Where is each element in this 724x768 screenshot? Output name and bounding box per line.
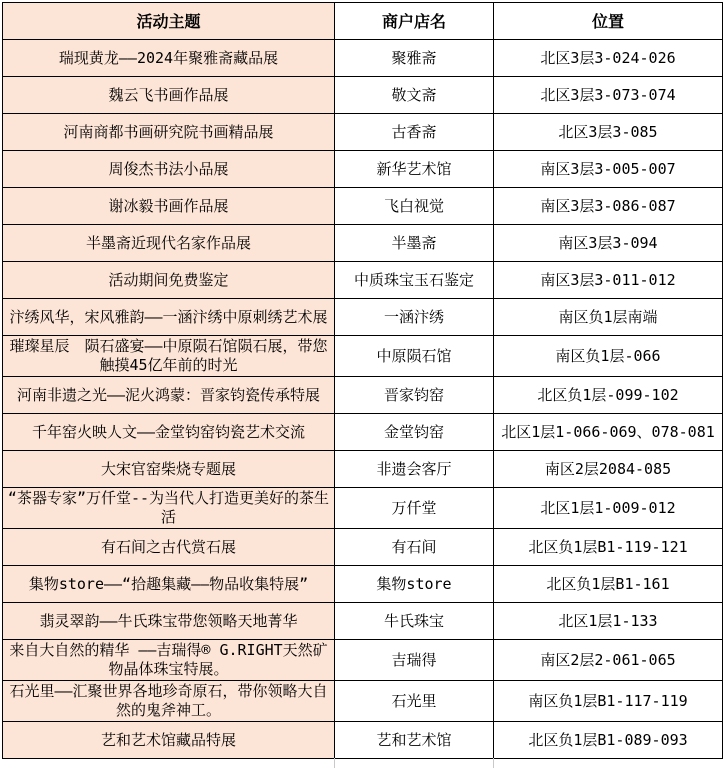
- cell-store: 飞白视觉: [335, 188, 494, 225]
- cell-location: 北区负1层B1-089-093: [494, 722, 723, 759]
- table-row: 瑞现黄龙——2024年聚雅斋藏品展 聚雅斋 北区3层3-024-026: [3, 40, 723, 77]
- table-row: “茶器专家”万仟堂--为当代人打造更美好的茶生活 万仟堂 北区1层1-009-0…: [3, 488, 723, 529]
- table-header: 活动主题 商户店名 位置: [3, 3, 723, 40]
- cell-location: 北区1层1-009-012: [494, 488, 723, 529]
- table-row: 半墨斋近现代名家作品展 半墨斋 南区3层3-094: [3, 225, 723, 262]
- cell-location: 南区2层2-061-065: [494, 640, 723, 681]
- cell-location: 南区3层3-005-007: [494, 151, 723, 188]
- header-cell-location: 位置: [494, 3, 723, 40]
- cell-store: 敬文斋: [335, 77, 494, 114]
- cell-store: 吉瑞得: [335, 640, 494, 681]
- cell-theme: 石光里——汇聚世界各地珍奇原石，带你领略大自然的鬼斧神工。: [3, 681, 335, 722]
- table-row: 谢冰毅书画作品展 飞白视觉 南区3层3-086-087: [3, 188, 723, 225]
- cell-store: 新华艺术馆: [335, 151, 494, 188]
- cell-store: 一涵汴绣: [335, 299, 494, 336]
- table-row: 璀璨星辰 陨石盛宴——中原陨石馆陨石展，带您触摸45亿年前的时光 中原陨石馆 南…: [3, 336, 723, 377]
- cell-store: 集物store: [335, 566, 494, 603]
- cell-location: 北区负1层B1-119-121: [494, 529, 723, 566]
- table-row: 集物store——“拾趣集藏——物品收集特展” 集物store 北区负1层B1-…: [3, 566, 723, 603]
- cell-theme: 翡灵翠韵——牛氏珠宝带您领略天地菁华: [3, 603, 335, 640]
- cell-location: 南区3层3-086-087: [494, 188, 723, 225]
- cell-theme: 汴绣风华，宋风雅韵——一涵汴绣中原刺绣艺术展: [3, 299, 335, 336]
- cell-store: 有石间: [335, 529, 494, 566]
- table-row: 艺和艺术馆藏品特展 艺和艺术馆 北区负1层B1-089-093: [3, 722, 723, 759]
- cell-location: 北区3层3-085: [494, 114, 723, 151]
- cell-location: 北区负1层-099-102: [494, 377, 723, 414]
- cell-store: 万仟堂: [335, 488, 494, 529]
- cell-store: 金堂钧窑: [335, 414, 494, 451]
- header-cell-store: 商户店名: [335, 3, 494, 40]
- cell-theme: 集物store——“拾趣集藏——物品收集特展”: [3, 566, 335, 603]
- cell-theme: 大宋官窑柴烧专题展: [3, 451, 335, 488]
- cell-theme: 半墨斋近现代名家作品展: [3, 225, 335, 262]
- header-row: 活动主题 商户店名 位置: [3, 3, 723, 40]
- gridline-stub: [334, 758, 335, 768]
- cell-theme: 周俊杰书法小品展: [3, 151, 335, 188]
- cell-store: 中质珠宝玉石鉴定: [335, 262, 494, 299]
- cell-location: 北区3层3-024-026: [494, 40, 723, 77]
- table-row: 石光里——汇聚世界各地珍奇原石，带你领略大自然的鬼斧神工。 石光里 南区负1层B…: [3, 681, 723, 722]
- cell-theme: 艺和艺术馆藏品特展: [3, 722, 335, 759]
- cell-store: 非遗会客厅: [335, 451, 494, 488]
- cell-theme: 有石间之古代赏石展: [3, 529, 335, 566]
- table-row: 翡灵翠韵——牛氏珠宝带您领略天地菁华 牛氏珠宝 北区1层1-133: [3, 603, 723, 640]
- cell-store: 中原陨石馆: [335, 336, 494, 377]
- cell-location: 北区负1层B1-161: [494, 566, 723, 603]
- table-row: 有石间之古代赏石展 有石间 北区负1层B1-119-121: [3, 529, 723, 566]
- header-cell-theme: 活动主题: [3, 3, 335, 40]
- cell-theme: 谢冰毅书画作品展: [3, 188, 335, 225]
- cell-location: 北区3层3-073-074: [494, 77, 723, 114]
- table-row: 河南商都书画研究院书画精品展 古香斋 北区3层3-085: [3, 114, 723, 151]
- cell-theme: 璀璨星辰 陨石盛宴——中原陨石馆陨石展，带您触摸45亿年前的时光: [3, 336, 335, 377]
- cell-location: 南区2层2084-085: [494, 451, 723, 488]
- cell-theme: 河南商都书画研究院书画精品展: [3, 114, 335, 151]
- cell-store: 半墨斋: [335, 225, 494, 262]
- page: 活动主题 商户店名 位置 瑞现黄龙——2024年聚雅斋藏品展 聚雅斋 北区3层3…: [0, 0, 724, 768]
- table-row: 周俊杰书法小品展 新华艺术馆 南区3层3-005-007: [3, 151, 723, 188]
- table-row: 千年窑火映人文——金堂钧窑钧瓷艺术交流 金堂钧窑 北区1层1-066-069、0…: [3, 414, 723, 451]
- table-row: 河南非遗之光——泥火鸿蒙：晋家钧瓷传承特展 晋家钧窑 北区负1层-099-102: [3, 377, 723, 414]
- table-row: 汴绣风华，宋风雅韵——一涵汴绣中原刺绣艺术展 一涵汴绣 南区负1层南端: [3, 299, 723, 336]
- cell-location: 北区1层1-133: [494, 603, 723, 640]
- cell-location: 南区3层3-011-012: [494, 262, 723, 299]
- cell-theme: 魏云飞书画作品展: [3, 77, 335, 114]
- exhibition-table: 活动主题 商户店名 位置 瑞现黄龙——2024年聚雅斋藏品展 聚雅斋 北区3层3…: [2, 2, 723, 759]
- cell-store: 古香斋: [335, 114, 494, 151]
- cell-location: 北区1层1-066-069、078-081: [494, 414, 723, 451]
- cell-location: 南区负1层南端: [494, 299, 723, 336]
- table-row: 活动期间免费鉴定 中质珠宝玉石鉴定 南区3层3-011-012: [3, 262, 723, 299]
- gridline-stub: [493, 758, 494, 768]
- cell-store: 牛氏珠宝: [335, 603, 494, 640]
- cell-theme: 千年窑火映人文——金堂钧窑钧瓷艺术交流: [3, 414, 335, 451]
- cell-store: 石光里: [335, 681, 494, 722]
- cell-theme: “茶器专家”万仟堂--为当代人打造更美好的茶生活: [3, 488, 335, 529]
- cell-store: 聚雅斋: [335, 40, 494, 77]
- cell-theme: 河南非遗之光——泥火鸿蒙：晋家钧瓷传承特展: [3, 377, 335, 414]
- cell-store: 艺和艺术馆: [335, 722, 494, 759]
- cell-theme: 来自大自然的精华 ——吉瑞得® G.RIGHT天然矿物晶体珠宝特展。: [3, 640, 335, 681]
- cell-theme: 瑞现黄龙——2024年聚雅斋藏品展: [3, 40, 335, 77]
- cell-store: 晋家钧窑: [335, 377, 494, 414]
- cell-theme: 活动期间免费鉴定: [3, 262, 335, 299]
- cell-location: 南区3层3-094: [494, 225, 723, 262]
- table-row: 魏云飞书画作品展 敬文斋 北区3层3-073-074: [3, 77, 723, 114]
- table-row: 来自大自然的精华 ——吉瑞得® G.RIGHT天然矿物晶体珠宝特展。 吉瑞得 南…: [3, 640, 723, 681]
- cell-location: 南区负1层-066: [494, 336, 723, 377]
- table-body: 瑞现黄龙——2024年聚雅斋藏品展 聚雅斋 北区3层3-024-026 魏云飞书…: [3, 40, 723, 759]
- table-row: 大宋官窑柴烧专题展 非遗会客厅 南区2层2084-085: [3, 451, 723, 488]
- cell-location: 南区负1层B1-117-119: [494, 681, 723, 722]
